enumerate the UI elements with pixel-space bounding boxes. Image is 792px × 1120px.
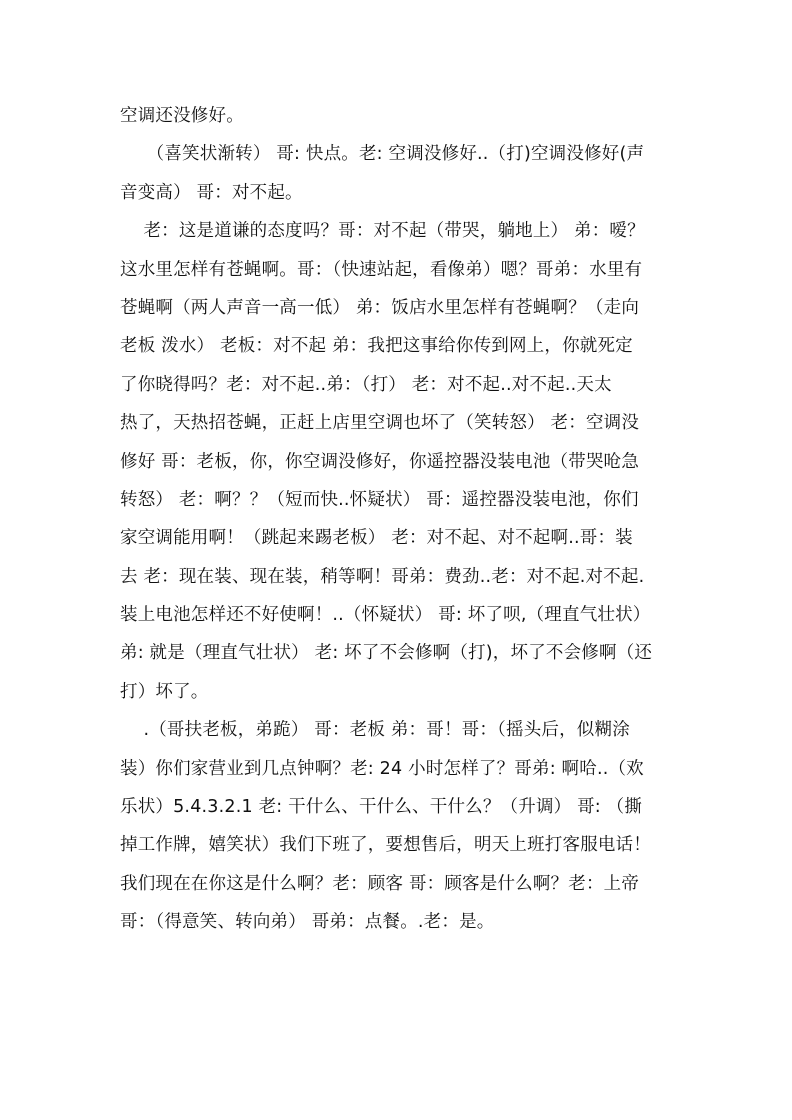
text-line: 这水里怎样有苍蝇啊。哥：（快速站起，看像弟）嗯？哥弟：水里有	[120, 258, 680, 296]
text-line: 哥：（得意笑、转向弟） 哥弟：点餐。.老：是。	[120, 910, 680, 948]
text-line: 老板 泼水） 老板：对不起 弟：我把这事给你传到网上，你就死定	[120, 334, 680, 372]
text-line: 乐状）5.4.3.2.1 老: 干什么、干什么、干什么？（升调） 哥: （撕	[120, 795, 680, 833]
text-line: 转怒） 老：啊？？（短而快..怀疑状） 哥：遥控器没装电池，你们	[120, 488, 680, 526]
text-line: 了你晓得吗？老：对不起..弟：（打） 老：对不起..对不起..天太	[120, 373, 680, 411]
text-line: 装）你们家营业到几点钟啊？老: 24 小时怎样了？哥弟: 啊哈..（欢	[120, 757, 680, 795]
text-line: 苍蝇啊（两人声音一高一低） 弟：饭店水里怎样有苍蝇啊？（走向	[120, 296, 680, 334]
paragraph: 老：这是道谦的态度吗？哥：对不起（带哭，躺地上） 弟：嗳？ 这水里怎样有苍蝇啊。…	[120, 219, 680, 718]
text-line: （喜笑状渐转） 哥: 快点。老: 空调没修好..（打)空调没修好(声	[120, 142, 680, 180]
paragraph: .（哥扶老板，弟跪） 哥：老板 弟：哥！哥：（摇头后，似糊涂 装）你们家营业到几…	[120, 718, 680, 948]
text-line: 修好 哥：老板，你，你空调没修好，你遥控器没装电池（带哭呛急	[120, 450, 680, 488]
text-line: 装上电池怎样还不好使啊！..（怀疑状） 哥: 坏了呗,（理直气壮状）	[120, 603, 680, 641]
paragraph: （喜笑状渐转） 哥: 快点。老: 空调没修好..（打)空调没修好(声 音变高） …	[120, 142, 680, 219]
script-text-body: 空调还没修好。 （喜笑状渐转） 哥: 快点。老: 空调没修好..（打)空调没修好…	[120, 104, 680, 949]
text-line: 热了，天热招苍蝇，正赶上店里空调也坏了（笑转怒） 老：空调没	[120, 411, 680, 449]
text-line: 我们现在在你这是什么啊？老：顾客 哥：顾客是什么啊？老：上帝	[120, 872, 680, 910]
text-line: 空调还没修好。	[120, 104, 680, 142]
text-line: .（哥扶老板，弟跪） 哥：老板 弟：哥！哥：（摇头后，似糊涂	[120, 718, 680, 756]
text-line: 打）坏了。	[120, 680, 680, 718]
text-line: 掉工作牌，嬉笑状）我们下班了，要想售后，明天上班打客服电话！	[120, 833, 680, 871]
text-line: 音变高） 哥：对不起。	[120, 181, 680, 219]
text-line: 弟: 就是（理直气壮状） 老: 坏了不会修啊（打)，坏了不会修啊（还	[120, 641, 680, 679]
paragraph: 空调还没修好。	[120, 104, 680, 142]
document-page: 空调还没修好。 （喜笑状渐转） 哥: 快点。老: 空调没修好..（打)空调没修好…	[0, 0, 792, 1120]
text-line: 家空调能用啊！（跳起来踢老板） 老：对不起、对不起啊..哥：装	[120, 526, 680, 564]
text-line: 去 老：现在装、现在装，稍等啊！哥弟：费劲..老：对不起.对不起.	[120, 565, 680, 603]
text-line: 老：这是道谦的态度吗？哥：对不起（带哭，躺地上） 弟：嗳？	[120, 219, 680, 257]
